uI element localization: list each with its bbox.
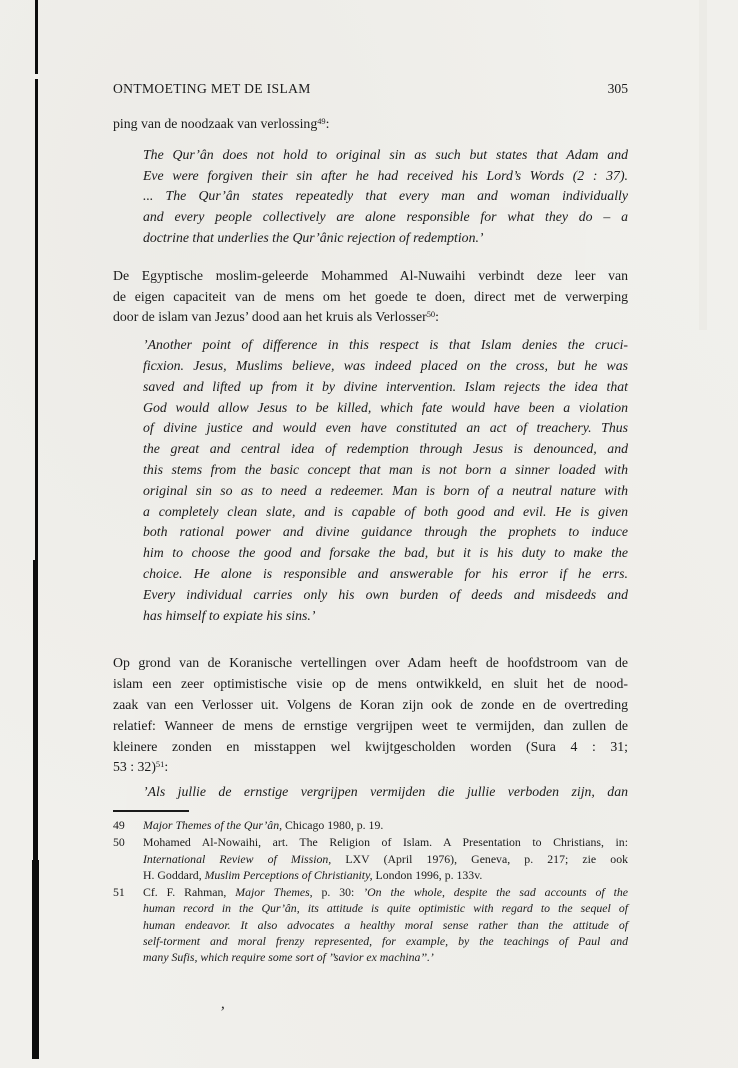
text-line: original sin so as to need a redeemer. M… [143, 481, 628, 502]
page-header: ONTMOETING MET DE ISLAM 305 [113, 80, 628, 98]
text-line: International Review of Mission, LXV (Ap… [143, 851, 628, 867]
paragraph-2: Op grond van de Koranische vertellingen … [113, 653, 628, 780]
scan-edge-bar [32, 860, 39, 1059]
text-line: a completely clean slate, and is capable… [143, 502, 628, 523]
text-line: this stems from the basic concept that m… [143, 460, 628, 481]
scan-edge-shadow [699, 0, 707, 330]
text-line: Cf. F. Rahman, Major Themes, p. 30: ’On … [143, 884, 628, 900]
text-line: De Egyptische moslim-geleerde Mohammed A… [113, 266, 628, 287]
text-line: relatief: Wanneer de mens de ernstige ve… [113, 716, 628, 737]
footnote-number: 51 [113, 884, 143, 965]
text-line: H. Goddard, Muslim Perceptions of Christ… [143, 867, 628, 883]
footnote-text: Mohamed Al-Nowaihi, art. The Religion of… [143, 834, 628, 883]
quote-block-1: The Qur’ân does not hold to original sin… [143, 145, 628, 249]
page-number: 305 [608, 80, 628, 98]
scan-edge-bar [33, 560, 38, 860]
text-line: has himself to expiate his sins.’ [143, 606, 628, 627]
text-line: God would allow Jesus to be killed, whic… [143, 398, 628, 419]
text-line: him to choose the good and forsake the b… [143, 543, 628, 564]
text-line: many Sufis, which require some sort of ’… [143, 949, 628, 965]
text-line: self-torment and moral frenzy represente… [143, 933, 628, 949]
text-line: ficxion. Jesus, Muslims believe, was ind… [143, 356, 628, 377]
text-line: and every people collectively are alone … [143, 207, 628, 228]
text-line: Every individual carries only his own bu… [143, 585, 628, 606]
paragraph-1: De Egyptische moslim-geleerde Mohammed A… [113, 266, 628, 330]
text-line: Major Themes of the Qur’ân, Chicago 1980… [143, 817, 628, 833]
scan-edge-bar [35, 0, 38, 560]
text-line: ping van de noodzaak van verlossing49: [113, 114, 628, 137]
text-line: door de islam van Jezus’ dood aan het kr… [113, 307, 628, 330]
text-line: doctrine that underlies the Qur’ânic rej… [143, 228, 628, 249]
text-line: human record in the Qur’ân, its attitude… [143, 900, 628, 916]
text-line: both rational power and divine guidance … [143, 522, 628, 543]
page-content: ONTMOETING MET DE ISLAM 305 ping van de … [113, 80, 628, 966]
footnote-51: 51 Cf. F. Rahman, Major Themes, p. 30: ’… [113, 884, 628, 965]
text-line: human endeavor. It also advocates a heal… [143, 917, 628, 933]
text-line: Op grond van de Koranische vertellingen … [113, 653, 628, 674]
footnotes: 49 Major Themes of the Qur’ân, Chicago 1… [113, 817, 628, 966]
quote-block-3: ’Als jullie de ernstige vergrijpen vermi… [143, 782, 628, 803]
footnote-text: Major Themes of the Qur’ân, Chicago 1980… [143, 817, 628, 833]
quote-block-2: ’Another point of difference in this res… [143, 335, 628, 626]
text-line: zaak van een Verlosser uit. Volgens de K… [113, 695, 628, 716]
text-line: of divine justice and would even have co… [143, 418, 628, 439]
text-line: Mohamed Al-Nowaihi, art. The Religion of… [143, 834, 628, 850]
footnote-50: 50 Mohamed Al-Nowaihi, art. The Religion… [113, 834, 628, 883]
text-line: de eigen capaciteit van de mens om het g… [113, 287, 628, 308]
text-line: choice. He alone is responsible and answ… [143, 564, 628, 585]
text-line: Eve were forgiven their sin after he had… [143, 166, 628, 187]
footnote-49: 49 Major Themes of the Qur’ân, Chicago 1… [113, 817, 628, 833]
text-line: the great and central idea of redemption… [143, 439, 628, 460]
footnote-number: 50 [113, 834, 143, 883]
text-line: The Qur’ân does not hold to original sin… [143, 145, 628, 166]
intro-line: ping van de noodzaak van verlossing49: [113, 114, 628, 137]
footnote-separator [113, 810, 189, 812]
scanned-page: ONTMOETING MET DE ISLAM 305 ping van de … [0, 0, 738, 1068]
text-line: 53 : 32)51: [113, 757, 628, 780]
footnote-number: 49 [113, 817, 143, 833]
text-line: saved and lifted up from it by divine in… [143, 377, 628, 398]
text-line: ’Als jullie de ernstige vergrijpen vermi… [143, 782, 628, 803]
scan-edge-bar-gap [34, 74, 39, 79]
footnote-text: Cf. F. Rahman, Major Themes, p. 30: ’On … [143, 884, 628, 965]
scan-speck: ’ [219, 1004, 224, 1022]
text-line: kleinere zonden en misstappen wel kwijtg… [113, 737, 628, 758]
text-line: islam een zeer optimistische visie op de… [113, 674, 628, 695]
text-line: ... The Qur’ân states repeatedly that ev… [143, 186, 628, 207]
text-line: ’Another point of difference in this res… [143, 335, 628, 356]
running-title: ONTMOETING MET DE ISLAM [113, 80, 311, 98]
